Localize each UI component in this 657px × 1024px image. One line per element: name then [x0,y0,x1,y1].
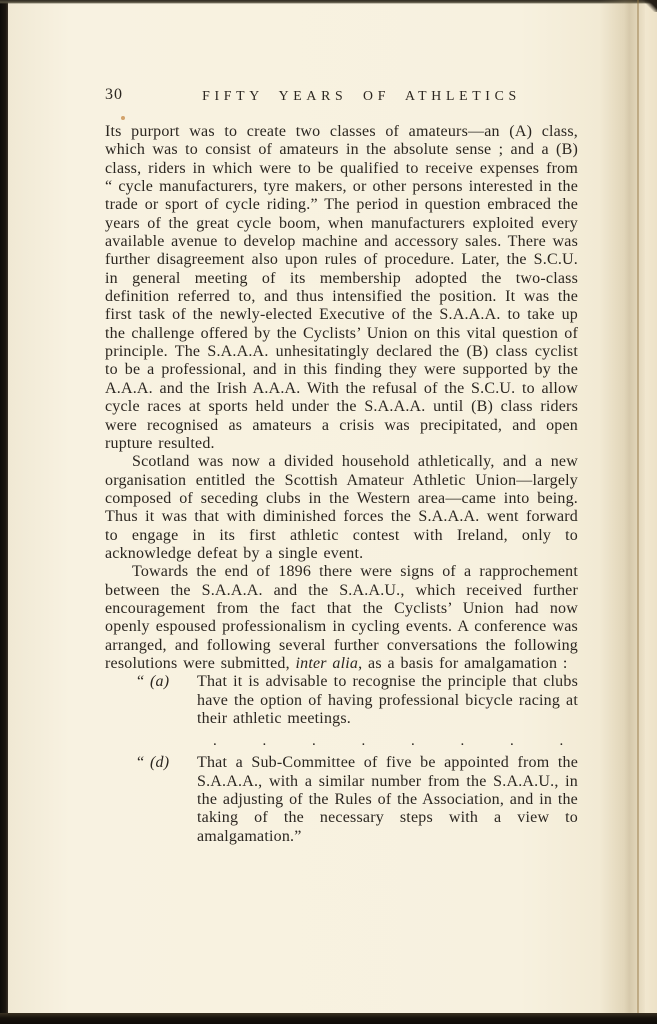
resolution-a-label: “ (a) [137,673,197,728]
paragraph-3-tail: , as a basis for amalgamation : [358,655,567,672]
item-letter-d: (d) [150,754,169,771]
scan-edge-top [0,0,657,4]
resolution-item-d: “ (d) That a Sub-Committee of five be ap… [137,754,578,846]
resolution-d-label: “ (d) [137,754,197,846]
open-quote: “ [137,754,150,771]
scan-corner-dark [641,0,657,12]
resolution-item-a: “ (a) That it is advisable to recognise … [137,673,578,728]
page-fold-line [637,0,639,1024]
page-number: 30 [105,86,123,104]
running-header: 30 FIFTY YEARS OF ATHLETICS [105,86,578,104]
inter-alia-italic: inter alia [296,655,359,672]
item-letter-a: (a) [150,673,169,690]
scan-edge-left [0,0,8,1024]
resolution-d-text: That a Sub-Committee of five be appointe… [197,754,578,846]
running-title: FIFTY YEARS OF ATHLETICS [125,88,598,104]
resolution-a-text: That it is advisable to recognise the pr… [197,673,578,728]
omission-dots: . . . . . . . . [213,733,578,750]
paragraph-1: Its purport was to create two classes of… [105,123,578,453]
paragraph-3: Towards the end of 1896 there were signs… [105,563,578,673]
book-page-scan: 30 FIFTY YEARS OF ATHLETICS Its purport … [0,0,657,1024]
page-content: 30 FIFTY YEARS OF ATHLETICS Its purport … [105,86,578,846]
scan-edge-bottom [0,1013,657,1024]
open-quote: “ [137,673,150,690]
paragraph-2: Scotland was now a divided household ath… [105,453,578,563]
